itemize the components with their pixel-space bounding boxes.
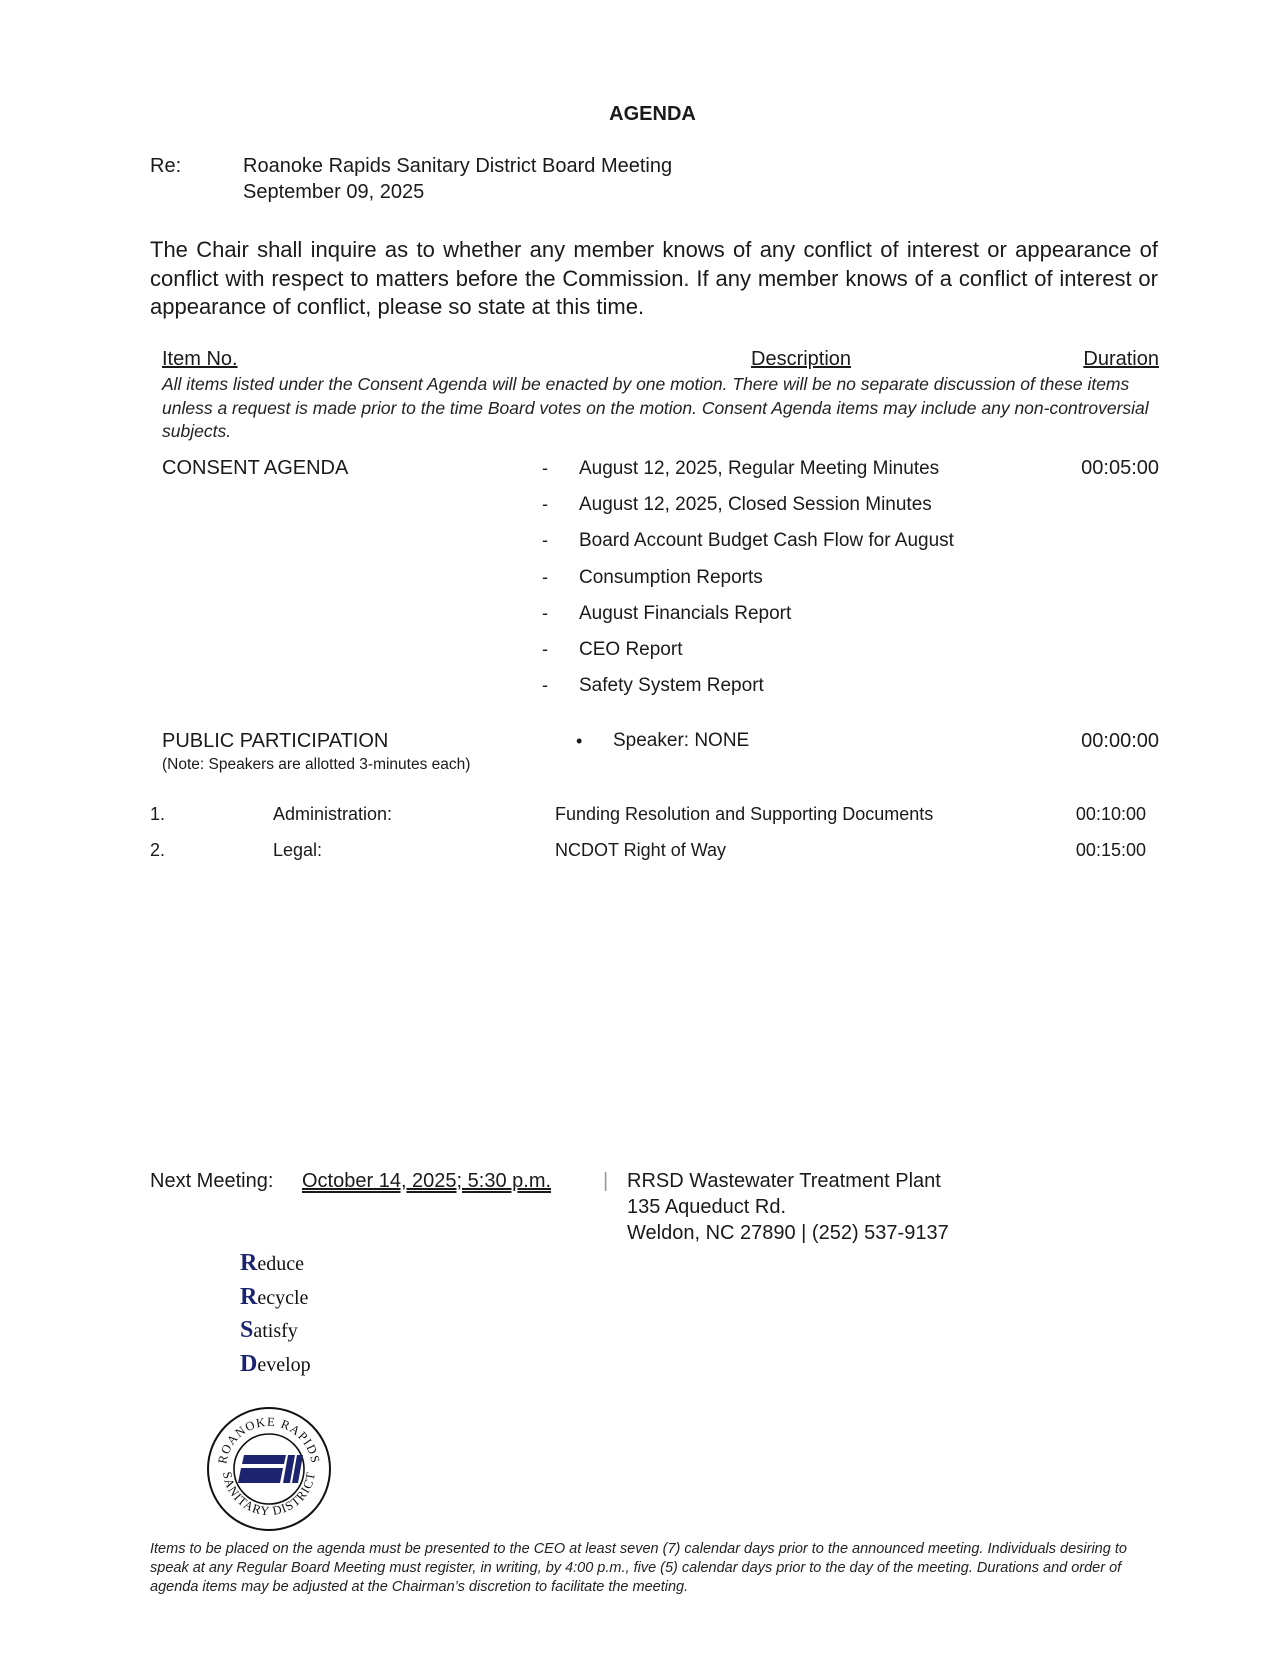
consent-item: Board Account Budget Cash Flow for Augus… (579, 530, 954, 552)
consent-agenda-duration: 00:05:00 (1081, 457, 1159, 480)
motto-word: evelop (257, 1354, 310, 1376)
motto-initial: S (240, 1317, 253, 1343)
motto-initial: D (240, 1351, 257, 1377)
footer-note: Items to be placed on the agenda must be… (150, 1540, 1150, 1597)
public-participation-label: PUBLIC PARTICIPATION (162, 730, 388, 753)
rrsd-seal-icon: ROANOKE RAPIDS SANITARY DISTRICT (206, 1406, 332, 1532)
consent-item: August 12, 2025, Regular Meeting Minutes (579, 458, 939, 480)
speaker-list: Speaker: NONE (613, 730, 749, 752)
rrsd-logo: ROANOKE RAPIDS SANITARY DISTRICT (206, 1406, 332, 1532)
header-duration: Duration (1083, 348, 1159, 371)
consent-note: All items listed under the Consent Agend… (162, 373, 1162, 444)
dash-bullet-icon: - (542, 458, 548, 479)
dash-bullet-icon: - (542, 639, 548, 660)
header-item-no: Item No. (162, 348, 238, 371)
header-description: Description (751, 348, 851, 371)
item-description: Funding Resolution and Supporting Docume… (555, 804, 933, 825)
dash-bullet-icon: - (542, 494, 548, 515)
motto-line: Develop (240, 1351, 311, 1378)
meeting-name: Roanoke Rapids Sanitary District Board M… (243, 155, 672, 178)
item-number: 2. (150, 840, 165, 861)
next-meeting-datetime: October 14, 2025; 5:30 p.m. (302, 1170, 551, 1193)
consent-item: August 12, 2025, Closed Session Minutes (579, 494, 932, 516)
public-participation-duration: 00:00:00 (1081, 730, 1159, 753)
dash-bullet-icon: - (542, 675, 548, 696)
item-description: NCDOT Right of Way (555, 840, 726, 861)
motto-line: Recycle (240, 1284, 308, 1311)
motto-word: educe (257, 1253, 304, 1275)
location-line-2: 135 Aqueduct Rd. (627, 1196, 786, 1219)
separator: | (603, 1170, 608, 1193)
next-meeting-label: Next Meeting: (150, 1170, 273, 1193)
speaker-note: (Note: Speakers are allotted 3-minutes e… (162, 756, 470, 774)
bullet-icon: • (576, 731, 582, 752)
agenda-title: AGENDA (0, 103, 1280, 126)
motto-word: atisfy (253, 1320, 297, 1342)
consent-agenda-label: CONSENT AGENDA (162, 457, 348, 480)
conflict-statement: The Chair shall inquire as to whether an… (150, 236, 1158, 322)
consent-item: Consumption Reports (579, 567, 763, 589)
consent-item: Safety System Report (579, 675, 764, 697)
location-line-3: Weldon, NC 27890 | (252) 537-9137 (627, 1222, 949, 1245)
motto-word: ecycle (257, 1287, 308, 1309)
consent-item: CEO Report (579, 639, 682, 661)
motto-line: Satisfy (240, 1317, 298, 1344)
meeting-date: September 09, 2025 (243, 181, 424, 204)
re-label: Re: (150, 155, 181, 178)
motto-line: Reduce (240, 1250, 304, 1277)
item-category: Administration: (273, 804, 392, 825)
item-duration: 00:10:00 (1076, 804, 1146, 825)
dash-bullet-icon: - (542, 530, 548, 551)
motto-initial: R (240, 1250, 257, 1276)
motto-initial: R (240, 1284, 257, 1310)
consent-item: August Financials Report (579, 603, 791, 625)
dash-bullet-icon: - (542, 567, 548, 588)
dash-bullet-icon: - (542, 603, 548, 624)
location-line-1: RRSD Wastewater Treatment Plant (627, 1170, 941, 1193)
item-duration: 00:15:00 (1076, 840, 1146, 861)
item-category: Legal: (273, 840, 322, 861)
item-number: 1. (150, 804, 165, 825)
